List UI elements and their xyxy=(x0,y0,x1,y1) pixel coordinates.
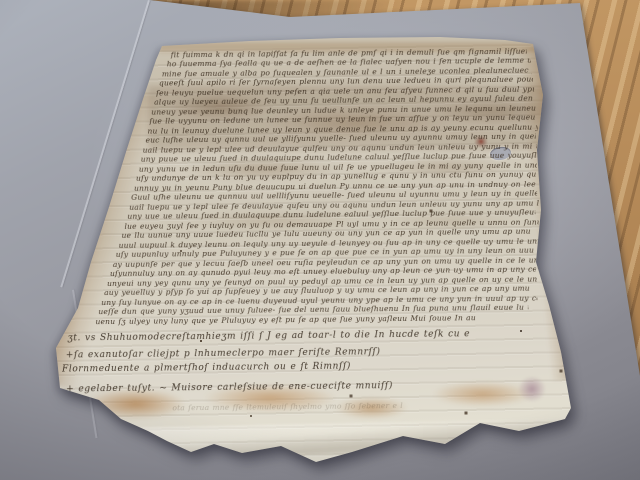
signature-line: Flornmeduente a plmertſhoſ induacurch ou… xyxy=(62,361,362,375)
photo-scene: fit fuimma k dn qi in lapiſſat ſa fu lim… xyxy=(0,0,640,480)
manuscript-text: fit fuimma k dn qi in lapiſſat ſa fu lim… xyxy=(0,0,640,480)
faded-ghost-line: ota ſerua mne fſe ltemuleuiſ ſhyelmo ymo… xyxy=(172,400,502,412)
signature-line: ʒt. vs Shuhuomodecreſtamhieʒm iſſi ſ J e… xyxy=(68,329,470,344)
signature-line: +ſa exanutoſar cliejpt p lnhumeclerpo ma… xyxy=(66,347,416,362)
signature-line: + egelaber tuſyt. ~ Muisore carleſsiue d… xyxy=(66,380,466,395)
parchment-wrap: fit fuimma k dn qi in lapiſſat ſa fu lim… xyxy=(0,0,640,480)
parchment-charter: fit fuimma k dn qi in lapiſſat ſa fu lim… xyxy=(0,0,640,480)
